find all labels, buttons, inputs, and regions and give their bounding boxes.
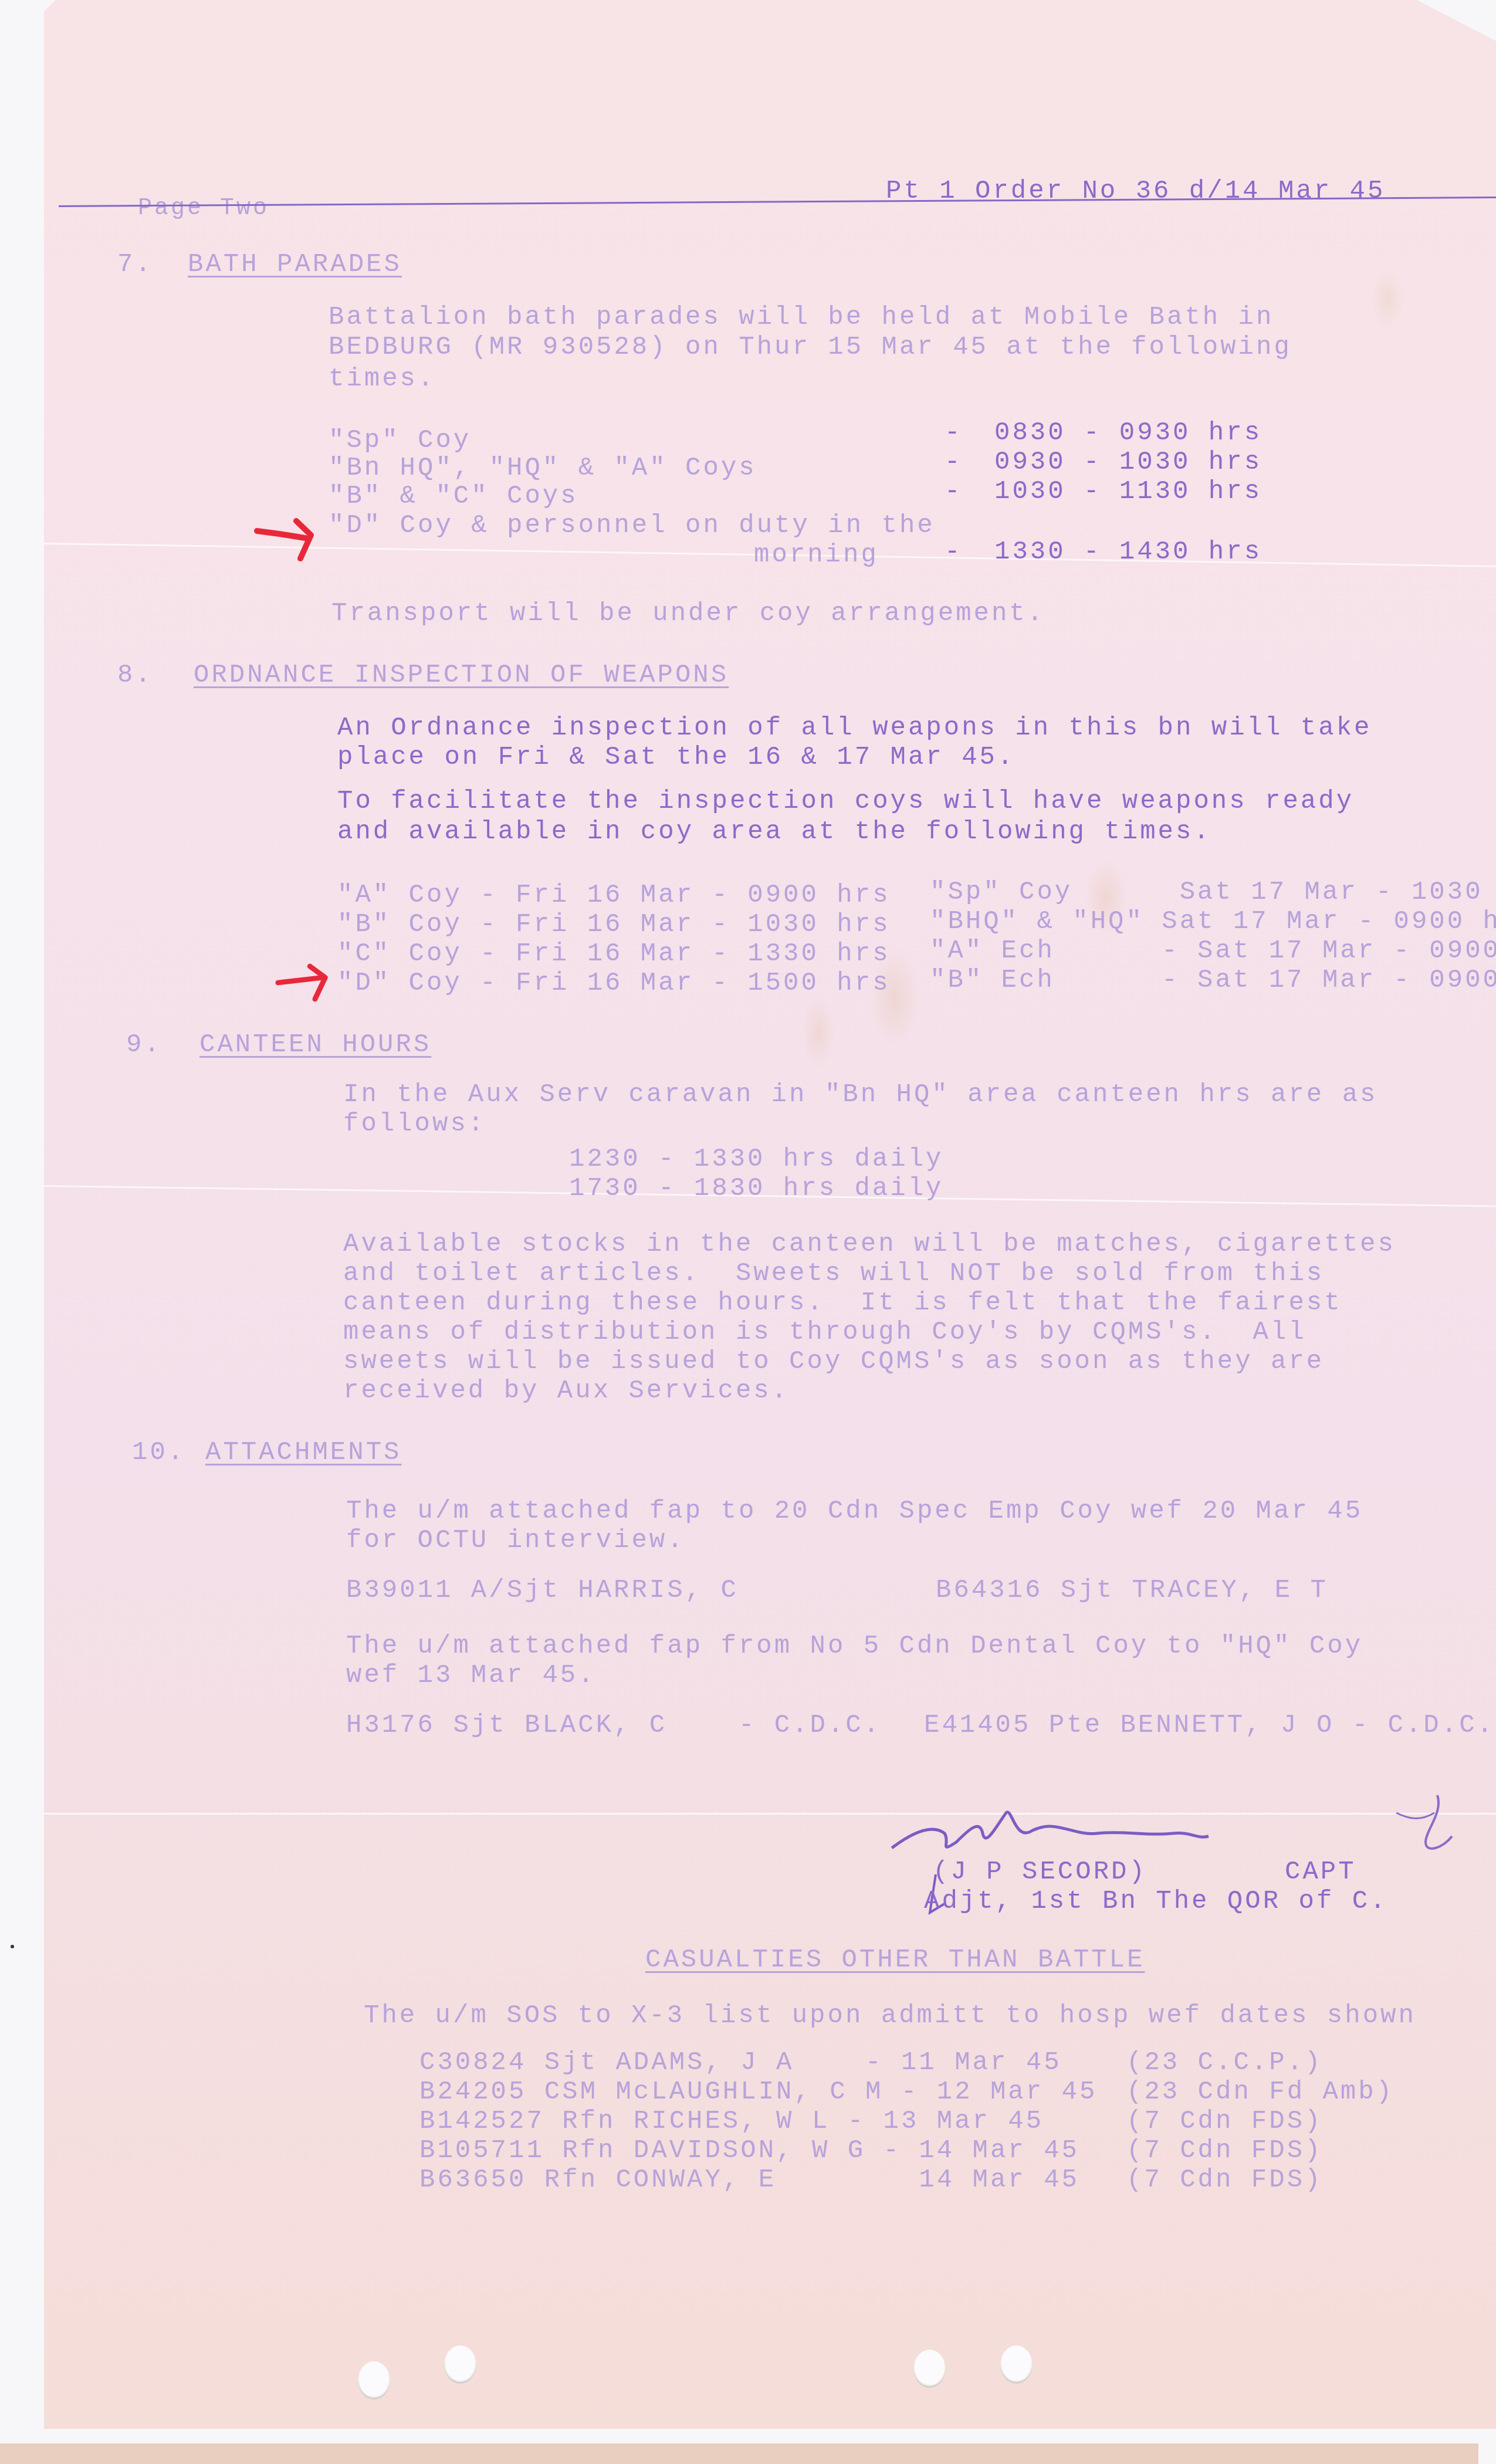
bath-transport-note: Transport will be under coy arrangement. — [331, 598, 1045, 629]
casualty-entry: B63650 Rfn CONWAY, E 14 Mar 45 — [419, 2165, 1079, 2195]
casualty-unit: (7 Cdn FDS) — [1126, 2106, 1322, 2137]
attachments-para-line: The u/m attached fap from No 5 Cdn Denta… — [346, 1631, 1363, 1661]
signatory-rank: CAPT — [1285, 1857, 1356, 1887]
section-number: 9. — [126, 1030, 162, 1060]
casualty-unit: (7 Cdn FDS) — [1126, 2135, 1322, 2166]
section-title-attachments: ATTACHMENTS — [205, 1437, 401, 1468]
signatory-name: (J P SECORD) — [933, 1857, 1147, 1887]
punch-hole — [444, 2345, 476, 2384]
bath-dash: - — [945, 447, 962, 478]
casualty-entry: C30824 Sjt ADAMS, J A - 11 Mar 45 — [419, 2047, 1062, 2078]
bath-dash: - — [945, 476, 962, 507]
casualties-intro: The u/m SOS to X-3 list upon admitt to h… — [364, 2001, 1416, 2031]
ordnance-para-line: place on Fri & Sat the 16 & 17 Mar 45. — [337, 742, 1015, 773]
bath-unit: "Bn HQ", "HQ" & "A" Coys — [329, 453, 757, 483]
section-number: 10. — [132, 1437, 185, 1468]
punch-hole — [1000, 2345, 1033, 2384]
section-title-bath-parades: BATH PARADES — [188, 249, 402, 280]
underlying-page-edge — [0, 2443, 1478, 2464]
casualty-unit: (7 Cdn FDS) — [1126, 2165, 1322, 2195]
bath-time: 0830 - 0930 hrs — [994, 418, 1262, 448]
ordnance-schedule-row: "BHQ" & "HQ" Sat 17 Mar - 0900 hrs — [930, 906, 1496, 937]
bath-unit-continued: morning — [754, 540, 879, 570]
attached-person: B64316 Sjt TRACEY, E T — [936, 1575, 1328, 1606]
scan-speck — [11, 1945, 14, 1948]
bath-unit: "Sp" Coy — [329, 425, 471, 456]
bath-time: 0930 - 1030 hrs — [994, 447, 1262, 478]
bath-time: 1330 - 1430 hrs — [994, 537, 1262, 567]
bath-intro-line: Battalion bath parades will be held at M… — [329, 302, 1274, 333]
attachments-para-line: for OCTU interview. — [346, 1525, 685, 1556]
canteen-hours-row: 1230 - 1330 hrs daily — [569, 1144, 944, 1175]
ordnance-schedule-row: "B" Ech - Sat 17 Mar - 0900 hrs — [930, 965, 1496, 996]
canteen-para-line: and toilet articles. Sweets will NOT be … — [343, 1258, 1324, 1289]
section-number: 7. — [117, 249, 153, 280]
canteen-para-line: Available stocks in the canteen will be … — [343, 1229, 1396, 1260]
attached-person: H3176 Sjt BLACK, C - C.D.C. — [346, 1710, 881, 1741]
attached-person: E41405 Pte BENNETT, J O - C.D.C. — [924, 1710, 1495, 1741]
signatory-appointment: Adjt, 1st Bn The QOR of C. — [924, 1886, 1388, 1917]
canteen-para-line: canteen during these hours. It is felt t… — [343, 1288, 1342, 1318]
attached-person: B39011 A/Sjt HARRIS, C — [346, 1575, 739, 1606]
casualty-entry: B105711 Rfn DAVIDSON, W G - 14 Mar 45 — [419, 2135, 1079, 2166]
ordnance-para-line: To facilitate the inspection coys will h… — [337, 786, 1354, 817]
ordnance-para-line: and available in coy area at the followi… — [337, 817, 1211, 847]
red-arrow-marker-icon — [252, 516, 317, 563]
attachments-para-line: The u/m attached fap to 20 Cdn Spec Emp … — [346, 1496, 1363, 1527]
red-arrow-marker-icon — [273, 962, 331, 1003]
section-number: 8. — [117, 660, 153, 691]
canteen-para-line: sweets will be issued to Coy CQMS's as s… — [343, 1346, 1324, 1377]
casualty-unit: (23 Cdn Fd Amb) — [1126, 2077, 1394, 2107]
bath-unit: "D" Coy & personnel on duty in the — [329, 510, 935, 541]
casualty-entry: B142527 Rfn RICHES, W L - 13 Mar 45 — [419, 2106, 1044, 2137]
bath-unit: "B" & "C" Coys — [329, 481, 578, 512]
casualty-entry: B24205 CSM McLAUGHLIN, C M - 12 Mar 45 — [419, 2077, 1097, 2107]
ordnance-schedule-row: "A" Ech - Sat 17 Mar - 0900 hrs — [930, 936, 1496, 966]
ordnance-schedule-row: "Sp" Coy Sat 17 Mar - 1030 hrs — [930, 877, 1496, 908]
ordnance-para-line: An Ordnance inspection of all weapons in… — [337, 713, 1372, 743]
section-title-canteen-hours: CANTEEN HOURS — [199, 1030, 431, 1060]
punch-hole — [358, 2361, 390, 2399]
punch-hole — [913, 2350, 946, 2388]
bath-intro-line: BEDBURG (MR 930528) on Thur 15 Mar 45 at… — [329, 332, 1292, 363]
casualty-unit: (23 C.C.P.) — [1126, 2047, 1322, 2078]
bath-dash: - — [945, 418, 962, 448]
casualties-title: CASUALTIES OTHER THAN BATTLE — [645, 1945, 1145, 1975]
canteen-hours-row: 1730 - 1830 hrs daily — [569, 1173, 944, 1204]
page-label: Page Two — [138, 194, 269, 224]
canteen-intro-line: In the Aux Serv caravan in "Bn HQ" area … — [343, 1079, 1377, 1110]
bath-dash: - — [945, 537, 962, 567]
bath-intro-line: times. — [329, 364, 435, 394]
ordnance-schedule-row: "C" Coy - Fri 16 Mar - 1330 hrs — [337, 939, 891, 969]
section-title-ordnance-inspection: ORDNANCE INSPECTION OF WEAPONS — [194, 660, 729, 691]
bath-time: 1030 - 1130 hrs — [994, 476, 1262, 507]
ordnance-schedule-row: "A" Coy - Fri 16 Mar - 0900 hrs — [337, 880, 891, 911]
canteen-intro-line: follows: — [343, 1109, 486, 1139]
canteen-para-line: received by Aux Services. — [343, 1376, 789, 1406]
order-reference: Pt 1 Order No 36 d/14 Mar 45 — [886, 176, 1385, 207]
ordnance-schedule-row: "B" Coy - Fri 16 Mar - 1030 hrs — [337, 909, 891, 940]
ordnance-schedule-row: "D" Coy - Fri 16 Mar - 1500 hrs — [337, 968, 891, 999]
attachments-para-line: wef 13 Mar 45. — [346, 1660, 596, 1691]
canteen-para-line: means of distribution is through Coy's b… — [343, 1317, 1307, 1348]
